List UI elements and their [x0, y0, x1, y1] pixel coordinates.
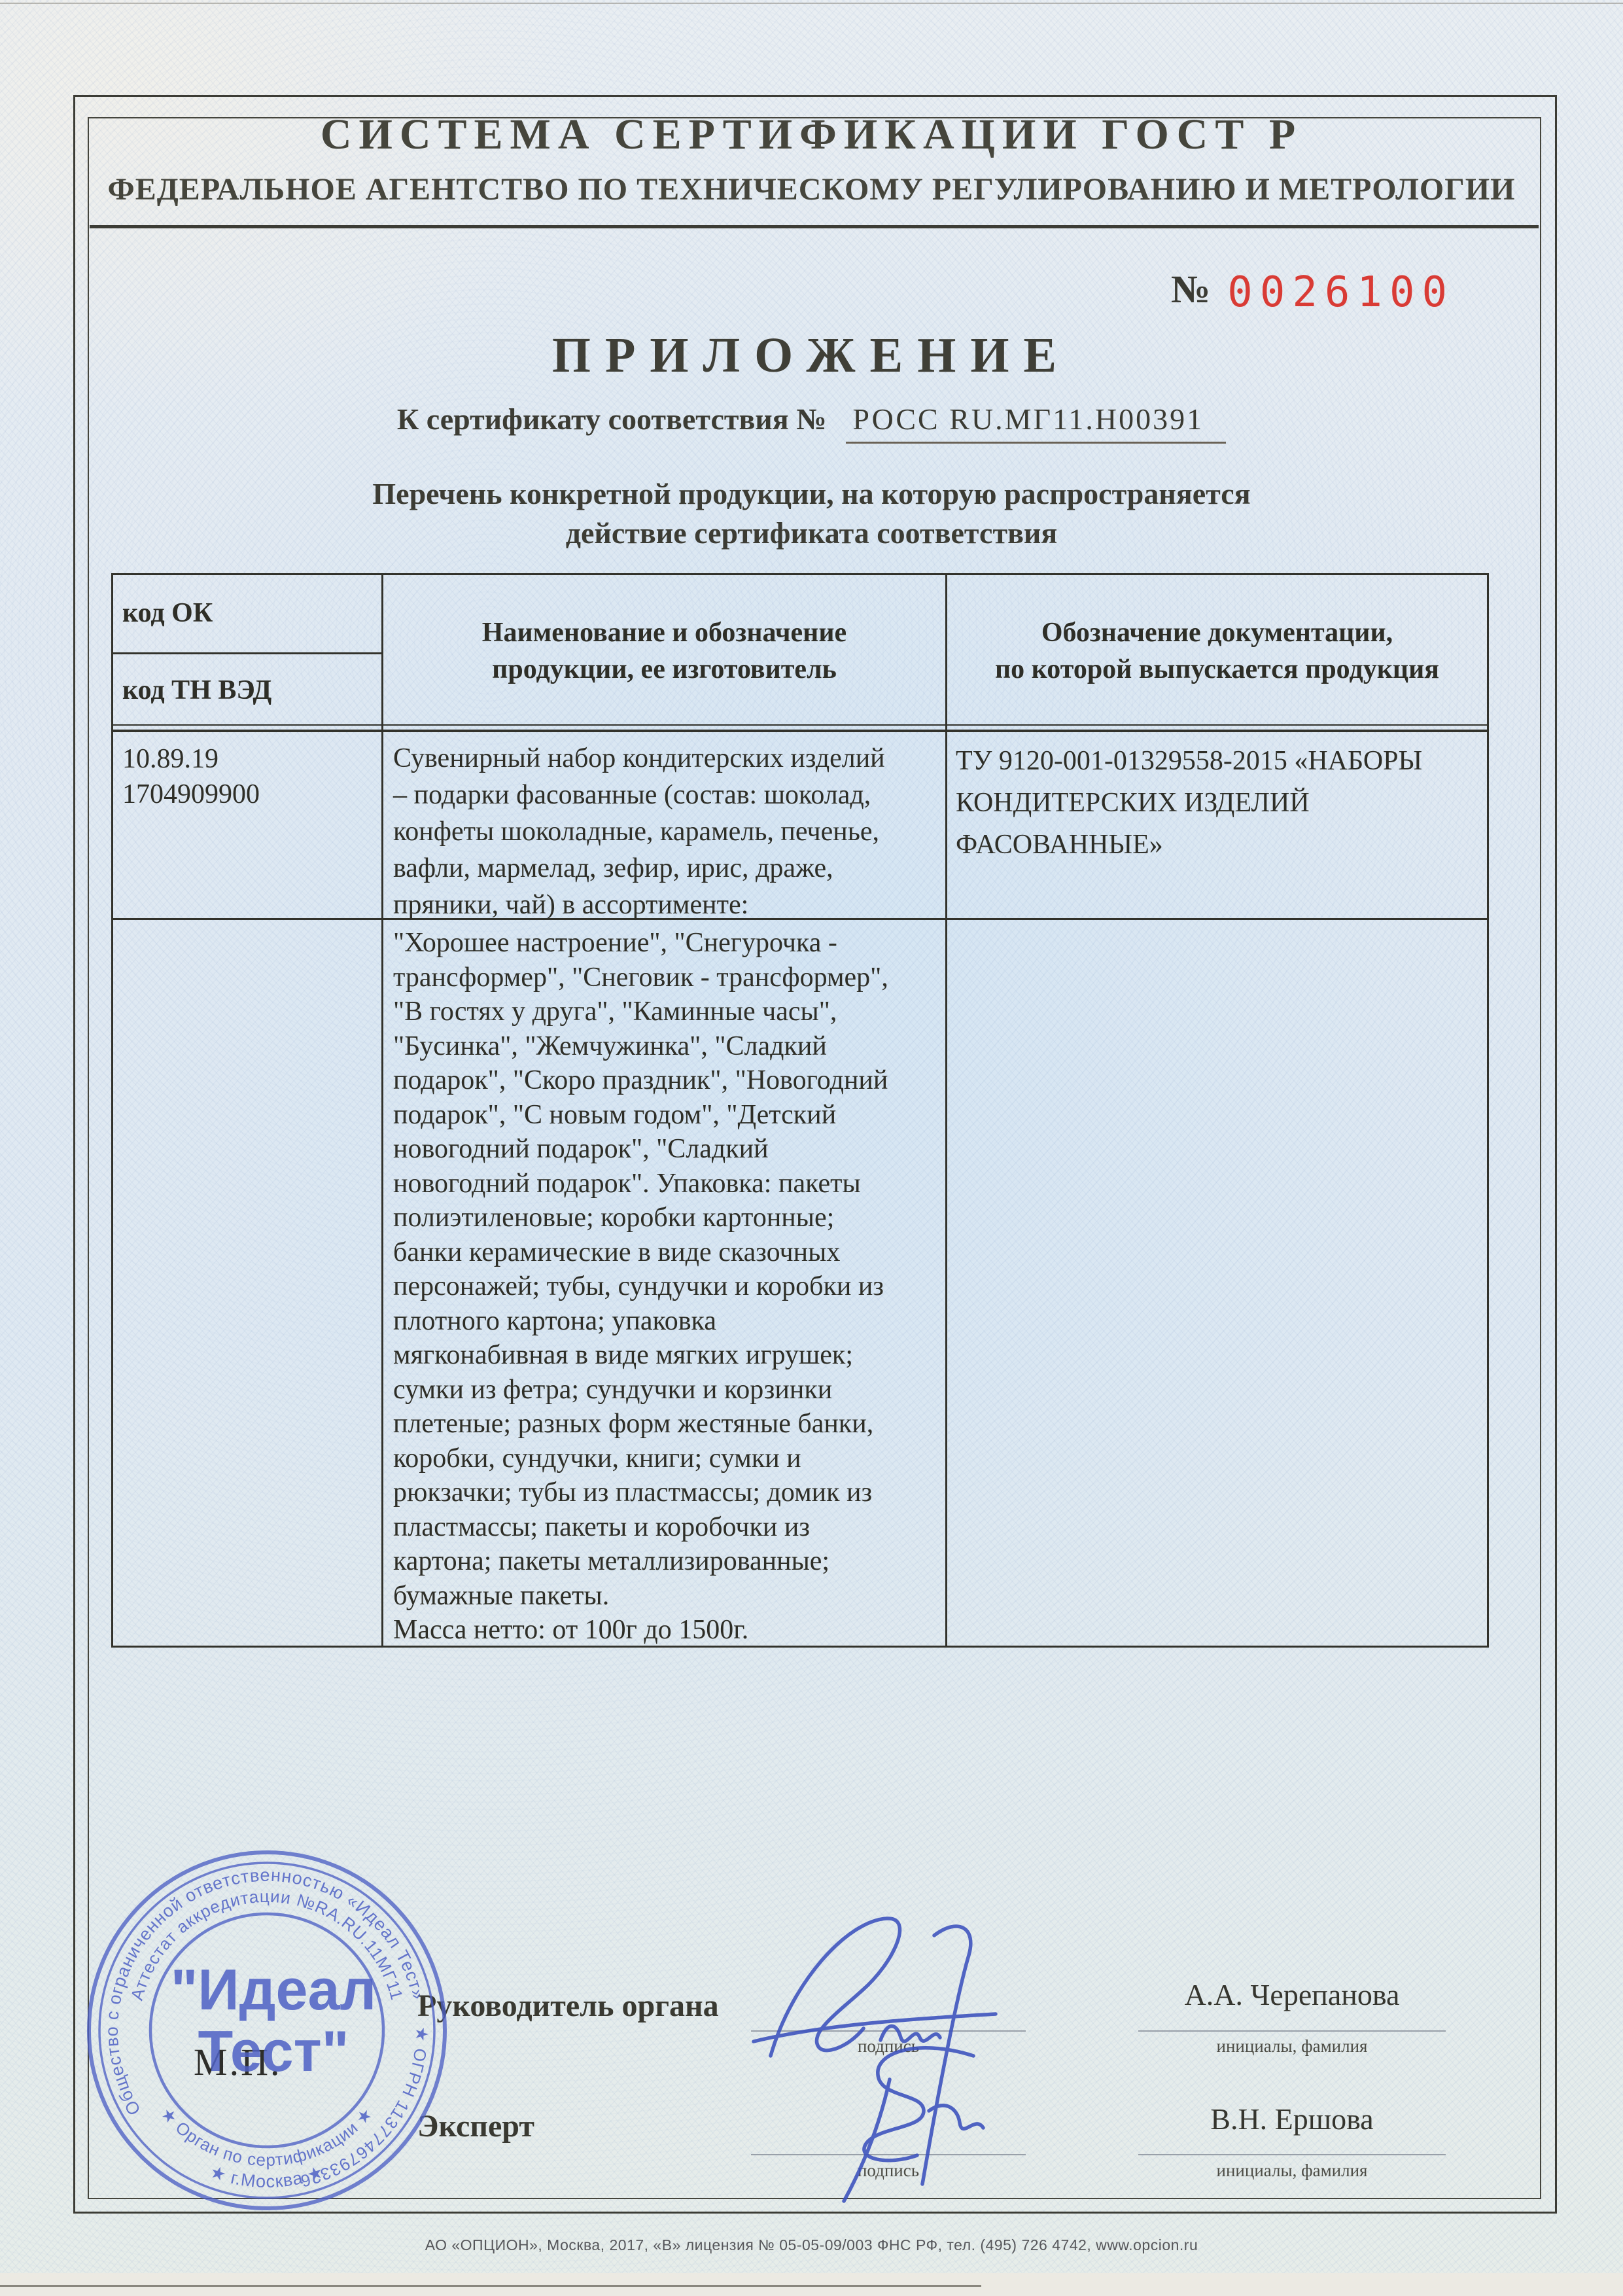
- scan-edge-top: [0, 3, 1623, 4]
- certificate-reference: К сертификату соответствия №РОСС RU.МГ11…: [0, 402, 1623, 444]
- subtitle-line-1: Перечень конкретной продукции, на котору…: [0, 476, 1623, 511]
- stamp-center-line1: "Идеал: [171, 1957, 377, 2022]
- head-name: А.А. Черепанова: [1138, 1977, 1446, 2012]
- header-separator: [90, 225, 1539, 228]
- printing-house-footer: АО «ОПЦИОН», Москва, 2017, «В» лицензия …: [0, 2236, 1623, 2254]
- row2-product-assortment: "Хорошее настроение", "Снегурочка - тран…: [393, 926, 943, 1648]
- expert-name-caption: инициалы, фамилия: [1138, 2161, 1446, 2181]
- document-title: ПРИЛОЖЕНИЕ: [0, 327, 1623, 384]
- agency-title: ФЕДЕРАЛЬНОЕ АГЕНТСТВО ПО ТЕХНИЧЕСКОМУ РЕ…: [0, 171, 1623, 207]
- header-row-line-thin: [113, 724, 1487, 726]
- subtitle-line-2: действие сертификата соответствия: [0, 516, 1623, 550]
- col2-header: Наименование и обозначение продукции, ее…: [383, 614, 945, 688]
- row1-codes: 10.89.19 1704909900: [122, 741, 260, 812]
- certificate-reference-label: К сертификату соответствия №: [397, 402, 827, 436]
- header-row-line-thick: [113, 730, 1487, 732]
- expert-name-line: [1138, 2154, 1446, 2155]
- system-title: СИСТЕМА СЕРТИФИКАЦИИ ГОСТ Р: [0, 110, 1623, 160]
- number-sign: №: [1171, 268, 1210, 311]
- certificate-page: СИСТЕМА СЕРТИФИКАЦИИ ГОСТ Р ФЕДЕРАЛЬНОЕ …: [0, 0, 1623, 2296]
- col1-header-ok: код ОК: [122, 597, 213, 629]
- scan-edge-bottom-line: [0, 2285, 981, 2287]
- col1-header-tnved: код ТН ВЭД: [122, 675, 271, 706]
- stamp-center-line2: Тест": [198, 2019, 349, 2083]
- head-name-line: [1138, 2030, 1446, 2032]
- table-divider-col2: [945, 575, 947, 1646]
- row1-documentation: ТУ 9120-001-01329558-2015 «НАБОРЫ КОНДИТ…: [956, 740, 1479, 866]
- blank-number: №0026100: [1171, 267, 1454, 317]
- head-of-body-label: Руководитель органа: [417, 1988, 719, 2024]
- code-header-split-line: [113, 652, 381, 654]
- certificate-number: РОСС RU.МГ11.Н00391: [846, 402, 1226, 444]
- head-name-caption: инициалы, фамилия: [1138, 2036, 1446, 2057]
- products-table: код ОК код ТН ВЭД Наименование и обознач…: [111, 573, 1489, 1648]
- expert-signature-ink: [844, 2048, 983, 2201]
- handwritten-signatures: [693, 1884, 1125, 2225]
- blank-number-digits: 0026100: [1227, 268, 1454, 317]
- certification-body-stamp: Общество с ограниченной ответственностью…: [77, 1841, 457, 2220]
- row1-product-description: Сувенирный набор кондитерских изделий – …: [393, 740, 940, 923]
- expert-name: В.Н. Ершова: [1138, 2102, 1446, 2136]
- table-divider-col1: [381, 575, 383, 1646]
- col3-header: Обозначение документации, по которой вып…: [947, 614, 1487, 688]
